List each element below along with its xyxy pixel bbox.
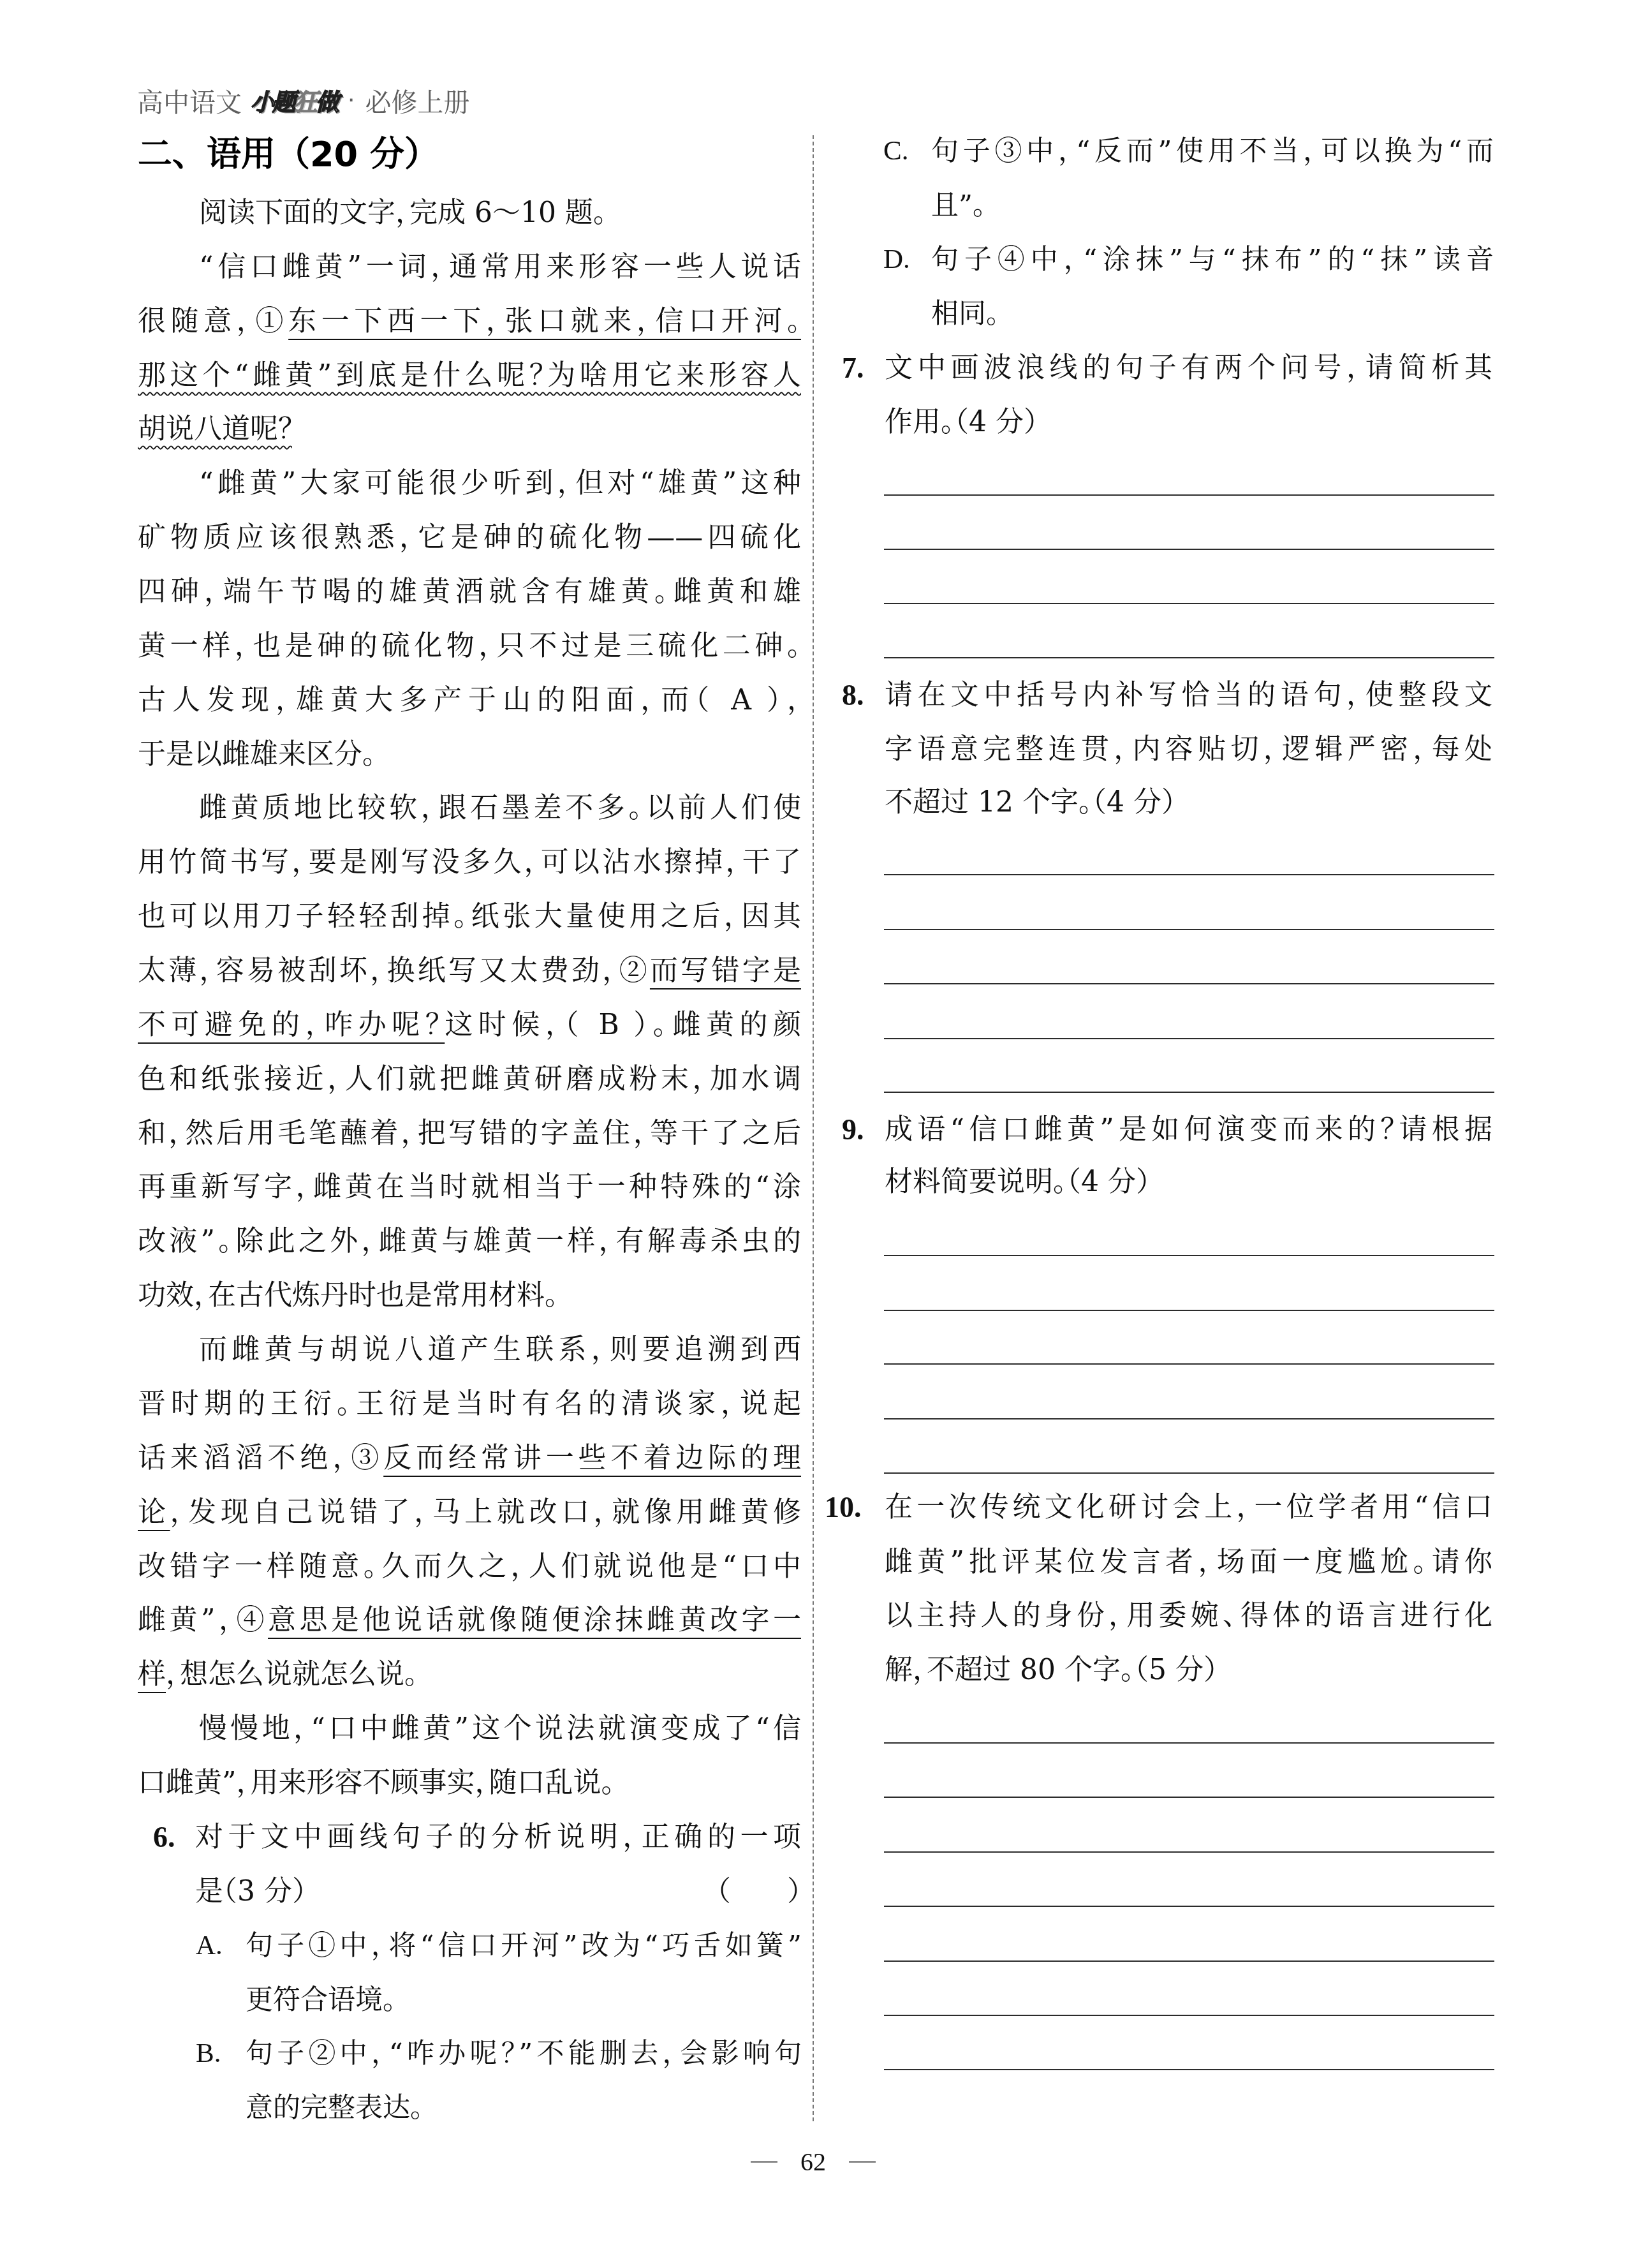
- text-segment: 太薄，容易被刮坏，换纸写又太费劲，②: [138, 954, 650, 987]
- question-text: 请在文中括号内补写恰当的语句，使整段文: [885, 679, 1492, 711]
- text-segment: “信口雌黄”一词，通常用来形容一些人说话: [199, 251, 801, 283]
- option-text: 且”。: [931, 189, 986, 221]
- text-segment: 四砷，端午节喝的雄黄酒就含有雄黄。雌黄和雄: [138, 575, 801, 608]
- answer-writing-line: [884, 929, 1494, 930]
- column-divider: [813, 135, 814, 2121]
- answer-writing-line: [884, 603, 1494, 604]
- question-text-line: 是（3 分）（ ）: [195, 1865, 801, 1918]
- question-text: 是（3 分）: [195, 1875, 306, 1908]
- question-text-line: 雌黄”批评某位发言者，场面一度尴尬。请你: [885, 1536, 1492, 1589]
- passage-line: 雌黄质地比较软，跟石墨差不多。以前人们使: [138, 782, 801, 835]
- header-separator-dot: ·: [348, 87, 355, 114]
- page-number-dash-left: [751, 2161, 777, 2163]
- running-header: 高中语文 小 题 狂 做 · 必修上册: [137, 83, 469, 117]
- answer-bracket: （ ）: [717, 1865, 801, 1918]
- option-text-line: 更符合语境。: [246, 1973, 802, 2027]
- text-segment: 雌黄”，④: [138, 1604, 268, 1636]
- passage-line: 样，想怎么说就怎么说。: [138, 1648, 801, 1701]
- passage-line: 用竹简书写，要是刚写没多久，可以沾水擦掉，干了: [138, 836, 801, 889]
- answer-writing-line: [884, 1038, 1494, 1039]
- question-text: 解，不超过 80 个字。（5 分）: [885, 1654, 1218, 1686]
- text-segment: 也可以用刀子轻轻刮掉。纸张大量使用之后，因其: [138, 900, 801, 933]
- option-text: 句子②中，“咋办呢？”不能删去，会影响句: [246, 2038, 802, 2070]
- section-title: 二、语用（20 分）: [138, 132, 439, 177]
- question-text-line: 字语意完整连贯，内容贴切，逻辑严密，每处: [885, 723, 1492, 776]
- option-letter: A.: [196, 1919, 223, 1973]
- option-text: 相同。: [931, 298, 1000, 330]
- question-text-line: 材料简要说明。（4 分）: [885, 1155, 1492, 1209]
- option-text: 句子④中，“涂抹”与“抹布”的“抹”读音: [931, 244, 1494, 276]
- underlined-sentence: 不可避免的，咋办呢？: [138, 1009, 445, 1041]
- passage-line: 也可以用刀子轻轻刮掉。纸张大量使用之后，因其: [138, 890, 801, 944]
- logo-char: 狂: [294, 83, 316, 117]
- text-segment: 雌黄质地比较软，跟石墨差不多。以前人们使: [199, 792, 801, 824]
- option-text: 意的完整表达。: [246, 2092, 424, 2124]
- underlined-sentence: 论: [138, 1496, 170, 1529]
- passage-line: 矿物质应该很熟悉，它是砷的硫化物——四硫化: [138, 511, 801, 565]
- subject-label: 高中语文: [137, 82, 242, 119]
- text-segment: 功效，在古代炼丹时也是常用材料。: [138, 1279, 559, 1312]
- passage-line: 于是以雌雄来区分。: [138, 728, 801, 782]
- underlined-sentence: 样: [138, 1658, 166, 1691]
- option-text-line: 句子①中，将“信口开河”改为“巧舌如簧”: [246, 1919, 802, 1973]
- text-segment: 和，然后用毛笔蘸着，把写错的字盖住，等干了之后: [138, 1117, 801, 1150]
- text-segment: 改液”。除此之外，雌黄与雄黄一样，有解毒杀虫的: [138, 1225, 801, 1257]
- answer-writing-line: [884, 983, 1494, 984]
- question-text: 材料简要说明。（4 分）: [885, 1166, 1150, 1198]
- question-text-line: 请在文中括号内补写恰当的语句，使整段文: [885, 669, 1492, 722]
- answer-writing-line: [884, 1363, 1494, 1365]
- workbook-page: 高中语文 小 题 狂 做 · 必修上册 二、语用（20 分） 阅读下面的文字，完…: [0, 0, 1627, 2268]
- option-letter: B.: [196, 2027, 221, 2080]
- text-segment: “雌黄”大家可能很少听到，但对“雄黄”这种: [199, 467, 801, 500]
- question-text: 作用。（4 分）: [885, 406, 1038, 438]
- text-segment: 用竹简书写，要是刚写没多久，可以沾水擦掉，干了: [138, 846, 801, 878]
- passage-line: 阅读下面的文字，完成 6～10 题。: [138, 186, 801, 240]
- question-text: 不超过 12 个字。（4 分）: [885, 786, 1175, 819]
- passage-line: “信口雌黄”一词，通常用来形容一些人说话: [138, 241, 801, 294]
- option-text-line: 句子③中，“反而”使用不当，可以换为“而: [931, 124, 1494, 178]
- option-text: 句子③中，“反而”使用不当，可以换为“而: [931, 135, 1494, 167]
- question-number: 10.: [825, 1481, 862, 1534]
- text-segment: 黄一样，也是砷的硫化物，只不过是三硫化二砷。: [138, 630, 801, 662]
- logo-char: 小: [251, 83, 272, 117]
- question-text-line: 以主持人的身份，用委婉、得体的语言进行化: [885, 1589, 1492, 1643]
- logo-char: 题: [272, 83, 294, 117]
- underlined-sentence: 反而经常讲一些不着边际的理: [383, 1442, 801, 1474]
- text-segment: 而雌黄与胡说八道产生联系，则要追溯到西: [199, 1333, 801, 1366]
- wavy-underlined-sentence: 胡说八道呢？: [138, 413, 292, 445]
- answer-writing-line: [884, 1742, 1494, 1744]
- option-text: 更符合语境。: [246, 1984, 397, 2016]
- underlined-sentence: 东一下西一下，张口就来，信口开河。: [288, 305, 801, 337]
- option-text-line: 句子②中，“咋办呢？”不能删去，会影响句: [246, 2027, 802, 2080]
- underlined-sentence: 而写错字是: [650, 954, 801, 987]
- text-segment: 于是以雌雄来区分。: [138, 738, 376, 771]
- passage-line: 胡说八道呢？: [138, 403, 801, 456]
- option-text-line: 意的完整表达。: [246, 2081, 802, 2135]
- passage-line: 古人发现，雄黄大多产于山的阳面，而（ A ），: [138, 674, 801, 727]
- question-text: 成语“信口雌黄”是如何演变而来的？请根据: [885, 1113, 1492, 1146]
- volume-label: 必修上册: [365, 82, 469, 119]
- answer-writing-line: [884, 1851, 1494, 1853]
- passage-line: “雌黄”大家可能很少听到，但对“雄黄”这种: [138, 457, 801, 510]
- option-letter: C.: [883, 124, 908, 178]
- text-segment: 这时候，（ B ）。雌黄的颜: [445, 1009, 801, 1041]
- text-segment: 再重新写字，雌黄在当时就相当于一种特殊的“涂: [138, 1171, 801, 1203]
- question-text-line: 不超过 12 个字。（4 分）: [885, 776, 1492, 829]
- passage-line: 黄一样，也是砷的硫化物，只不过是三硫化二砷。: [138, 619, 801, 673]
- passage-line: 色和纸张接近，人们就把雌黄研磨成粉末，加水调: [138, 1053, 801, 1106]
- question-text: 雌黄”批评某位发言者，场面一度尴尬。请你: [885, 1546, 1492, 1578]
- answer-writing-line: [884, 657, 1494, 658]
- passage-line: 那这个“雌黄”到底是什么呢？为啥用它来形容人: [138, 349, 801, 403]
- text-segment: 色和纸张接近，人们就把雌黄研磨成粉末，加水调: [138, 1063, 801, 1095]
- question-text-line: 作用。（4 分）: [885, 396, 1492, 449]
- answer-writing-line: [884, 1092, 1494, 1093]
- option-text: 句子①中，将“信口开河”改为“巧舌如簧”: [246, 1930, 802, 1962]
- answer-writing-line: [884, 1906, 1494, 1907]
- passage-line: 慢慢地，“口中雌黄”这个说法就演变成了“信: [138, 1702, 801, 1756]
- text-segment: 口雌黄”，用来形容不顾事实，随口乱说。: [138, 1767, 615, 1799]
- passage-line: 改错字一样随意。久而久之，人们就说他是“口中: [138, 1540, 801, 1594]
- text-segment: 阅读下面的文字，完成 6～10 题。: [199, 196, 607, 229]
- answer-writing-line: [884, 874, 1494, 875]
- text-segment: 古人发现，雄黄大多产于山的阳面，而（ A ），: [138, 684, 801, 716]
- underlined-sentence: 意思是他说话就像随便涂抹雌黄改字一: [268, 1604, 801, 1636]
- option-letter: D.: [883, 233, 910, 286]
- passage-line: 很随意，①东一下西一下，张口就来，信口开河。: [138, 295, 801, 348]
- passage-line: 雌黄”，④意思是他说话就像随便涂抹雌黄改字一: [138, 1594, 801, 1647]
- answer-writing-line: [884, 1797, 1494, 1798]
- answer-writing-line: [884, 2069, 1494, 2070]
- passage-line: 不可避免的，咋办呢？这时候，（ B ）。雌黄的颜: [138, 998, 801, 1052]
- question-text: 文中画波浪线的句子有两个问号，请简析其: [885, 352, 1492, 384]
- option-text-line: 且”。: [931, 179, 1494, 232]
- answer-writing-line: [884, 1310, 1494, 1311]
- question-text-line: 对于文中画线句子的分析说明，正确的一项: [195, 1811, 801, 1864]
- question-text: 字语意完整连贯，内容贴切，逻辑严密，每处: [885, 733, 1492, 766]
- page-number: 62: [781, 2146, 845, 2178]
- passage-line: 论，发现自己说错了，马上就改口，就像用雌黄修: [138, 1486, 801, 1539]
- text-segment: 很随意，①: [138, 305, 288, 337]
- question-text: 以主持人的身份，用委婉、得体的语言进行化: [885, 1599, 1492, 1632]
- answer-writing-line: [884, 549, 1494, 550]
- question-text-line: 成语“信口雌黄”是如何演变而来的？请根据: [885, 1103, 1492, 1157]
- text-segment: 话来滔滔不绝，③: [138, 1442, 383, 1474]
- passage-line: 晋时期的王衍。王衍是当时有名的清谈家，说起: [138, 1377, 801, 1431]
- text-segment: ，发现自己说错了，马上就改口，就像用雌黄修: [170, 1496, 801, 1529]
- text-segment: 慢慢地，“口中雌黄”这个说法就演变成了“信: [199, 1712, 801, 1745]
- question-text: 在一次传统文化研讨会上，一位学者用“信口: [885, 1491, 1492, 1523]
- question-text-line: 解，不超过 80 个字。（5 分）: [885, 1643, 1492, 1697]
- text-segment: ，想怎么说就怎么说。: [166, 1658, 418, 1691]
- question-text-line: 文中画波浪线的句子有两个问号，请简析其: [885, 341, 1492, 395]
- passage-line: 太薄，容易被刮坏，换纸写又太费劲，②而写错字是: [138, 944, 801, 998]
- question-number: 8.: [842, 669, 864, 722]
- page-number-dash-right: [849, 2161, 876, 2163]
- passage-line: 话来滔滔不绝，③反而经常讲一些不着边际的理: [138, 1432, 801, 1485]
- passage-line: 四砷，端午节喝的雄黄酒就含有雄黄。雌黄和雄: [138, 565, 801, 619]
- text-segment: 改错字一样随意。久而久之，人们就说他是“口中: [138, 1550, 801, 1583]
- answer-writing-line: [884, 494, 1494, 496]
- passage-line: 功效，在古代炼丹时也是常用材料。: [138, 1269, 801, 1323]
- wavy-underlined-sentence: 那这个“雌黄”到底是什么呢？为啥用它来形容人: [138, 359, 801, 392]
- passage-line: 口雌黄”，用来形容不顾事实，随口乱说。: [138, 1756, 801, 1810]
- passage-line: 和，然后用毛笔蘸着，把写错的字盖住，等干了之后: [138, 1107, 801, 1160]
- answer-writing-line: [884, 1255, 1494, 1256]
- passage-line: 而雌黄与胡说八道产生联系，则要追溯到西: [138, 1323, 801, 1377]
- answer-writing-line: [884, 1472, 1494, 1474]
- series-logo: 小 题 狂 做: [251, 83, 337, 117]
- text-segment: 矿物质应该很熟悉，它是砷的硫化物——四硫化: [138, 521, 801, 554]
- option-text-line: 句子④中，“涂抹”与“抹布”的“抹”读音: [931, 233, 1494, 286]
- question-text-line: 在一次传统文化研讨会上，一位学者用“信口: [885, 1481, 1492, 1534]
- question-number: 7.: [842, 341, 864, 395]
- question-number: 9.: [842, 1103, 864, 1157]
- text-segment: 晋时期的王衍。王衍是当时有名的清谈家，说起: [138, 1388, 801, 1420]
- answer-writing-line: [884, 1960, 1494, 1962]
- passage-line: 再重新写字，雌黄在当时就相当于一种特殊的“涂: [138, 1160, 801, 1214]
- answer-writing-line: [884, 2015, 1494, 2016]
- question-number: 6.: [153, 1811, 175, 1864]
- answer-writing-line: [884, 1418, 1494, 1419]
- option-text-line: 相同。: [931, 287, 1494, 341]
- logo-char: 做: [316, 83, 337, 117]
- question-text: 对于文中画线句子的分析说明，正确的一项: [195, 1821, 801, 1853]
- passage-line: 改液”。除此之外，雌黄与雄黄一样，有解毒杀虫的: [138, 1215, 801, 1268]
